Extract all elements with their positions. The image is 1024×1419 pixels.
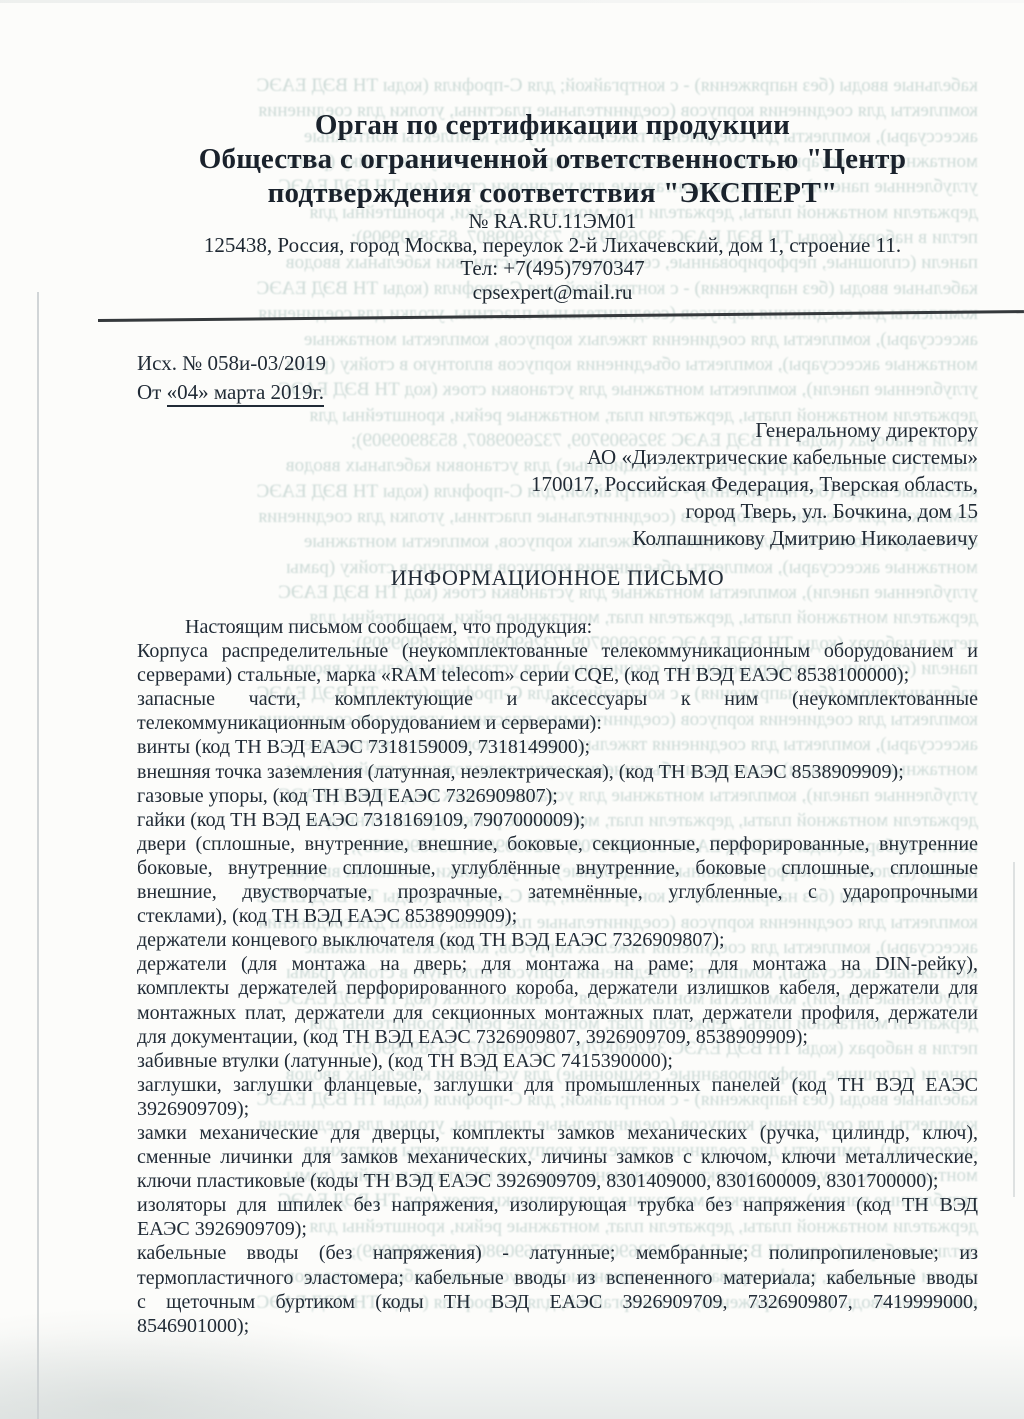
body-line: стеклами), (код ТН ВЭД ЕАЭС 8538909909); [137, 904, 978, 928]
body-line: запасные части, комплектующие и аксессуа… [137, 687, 978, 711]
reference-block: Исх. № 058и-03/2019 От «04» марта 2019г. [137, 349, 326, 407]
letter-date: «04» марта 2019г. [167, 380, 324, 407]
letter-date-line: От «04» марта 2019г. [137, 378, 326, 407]
addressee-line: 170017, Российская Федерация, Тверская о… [418, 471, 978, 498]
body-line: кабельные вводы (без напряжения) - латун… [137, 1241, 978, 1265]
letter-title: ИНФОРМАЦИОННОЕ ПИСЬМО [137, 565, 978, 591]
letterhead-email: cpsexpert@mail.ru [60, 281, 1024, 305]
org-name-line-2: Общества с ограниченной ответственностью… [60, 142, 1024, 176]
addressee-line: Генеральному директору [418, 417, 978, 444]
body-line: Настоящим письмом сообщаем, что продукци… [137, 615, 978, 639]
org-name-line-3: подтверждения соответствия "ЭКСПЕРТ" [60, 176, 1024, 210]
body-line: серверами) стальные, марка «RAM telecom»… [137, 663, 978, 687]
scanned-letter-page: кабельные вводы (без напряжения) - с кон… [0, 0, 1024, 1419]
body-line: ЕАЭС 3926909709); [137, 1217, 978, 1241]
letterhead-address: 125438, Россия, город Москва, переулок 2… [60, 234, 1024, 258]
body-line: внешняя точка заземления (латунная, неэл… [137, 760, 978, 784]
bleed-line: кабельные вводы (без напряжения) - с кон… [46, 75, 978, 97]
outgoing-number: Исх. № 058и-03/2019 [137, 349, 326, 378]
body-line: для документации, (код ТН ВЭД ЕАЭС 73269… [137, 1025, 978, 1049]
certification-body-number: № RA.RU.11ЭМ01 [60, 210, 1024, 234]
scan-edge-artifact-right [1013, 862, 1015, 1197]
body-line: газовые упоры, (код ТН ВЭД ЕАЭС 73269098… [137, 784, 978, 808]
body-line: двери (сплошные, внутренние, внешние, бо… [137, 832, 978, 856]
scan-edge-artifact-left [37, 292, 39, 1419]
body-line: боковые, внутренние сплошные, углублённы… [137, 856, 978, 880]
body-line: внешние, двустворчатые, прозрачные, зате… [137, 880, 978, 904]
org-name-line-1: Орган по сертификации продукции [60, 108, 1024, 142]
letterhead: Орган по сертификации продукции Общества… [60, 108, 1024, 304]
body-line: 3926909709); [137, 1097, 978, 1121]
letterhead-phone: Тел: +7(495)7970347 [60, 257, 1024, 281]
body-line: Корпуса распределительные (неукомплектов… [137, 639, 978, 663]
addressee-line: Колпашникову Дмитрию Николаевичу [418, 525, 978, 552]
letter-body: Настоящим письмом сообщаем, что продукци… [137, 615, 978, 1338]
body-line: заглушки, заглушки фланцевые, заглушки д… [137, 1073, 978, 1097]
body-line: изоляторы для шпилек без напряжения, изо… [137, 1193, 978, 1217]
body-line: термопластичного эластомера; кабельные в… [137, 1266, 978, 1290]
body-line: держатели концевого выключателя (код ТН … [137, 928, 978, 952]
body-line: сменные личинки для замков механических,… [137, 1145, 978, 1169]
body-line: монтажных плат, держатели для секционных… [137, 1001, 978, 1025]
addressee-line: АО «Диэлектрические кабельные системы» [418, 444, 978, 471]
body-line: винты (код ТН ВЭД ЕАЭС 7318159009, 73181… [137, 735, 978, 759]
body-line: телекоммуникационным оборудованием и сер… [137, 711, 978, 735]
body-line: держатели (для монтажа на дверь; для мон… [137, 952, 978, 976]
addressee-line: город Тверь, ул. Бочкина, дом 15 [418, 498, 978, 525]
scan-edge-artifact-top [0, 0, 1024, 3]
body-line: 8546901000); [137, 1314, 978, 1338]
body-line: гайки (код ТН ВЭД ЕАЭС 7318169109, 79070… [137, 808, 978, 832]
body-line: комплекты держателей перфорированного ко… [137, 976, 978, 1000]
date-prefix: От [137, 380, 167, 404]
letterhead-separator-rule [98, 310, 1024, 322]
body-line: с щеточным буртиком (коды ТН ВЭД ЕАЭС 39… [137, 1290, 978, 1314]
body-line: забивные втулки (латунные), (код ТН ВЭД … [137, 1049, 978, 1073]
body-line: замки механические для дверцы, комплекты… [137, 1121, 978, 1145]
addressee-block: Генеральному директору АО «Диэлектрическ… [418, 417, 978, 552]
bleed-line: аксессуары), комплекты для соединения тя… [46, 329, 978, 351]
body-line: ключи пластиковые (коды ТН ВЭД ЕАЭС 3926… [137, 1169, 978, 1193]
